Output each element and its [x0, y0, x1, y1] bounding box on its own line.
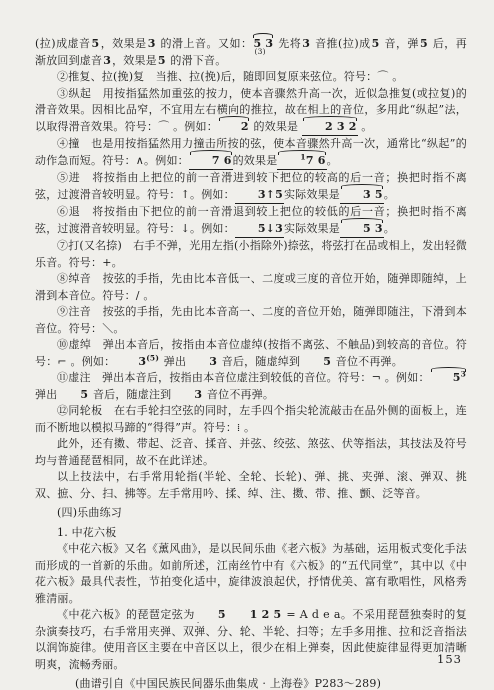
jianpu-notation: 5	[300, 354, 332, 371]
jianpu-notation: 5	[157, 53, 167, 70]
jianpu-notation: 3	[301, 36, 311, 53]
jianpu-notation: 3↑5	[235, 187, 284, 205]
paragraph: ⑥退 将按指由下把位的前一音滑退到较上把位的较低的后一音；换把时指不离弦，过渡滑…	[35, 204, 467, 238]
page-number: 153	[437, 652, 462, 666]
paragraph: (四)乐曲练习	[35, 505, 467, 522]
jianpu-notation: 5 3	[340, 221, 384, 239]
jianpu-notation: 5	[57, 387, 89, 404]
jianpu-notation: 1 2 5	[227, 607, 283, 624]
paragraph: 此外，还有擞、带起、泛音、揉音、并弦、绞弦、煞弦、伏等指法，其技法及符号均与普通…	[35, 436, 467, 469]
jianpu-notation: 17 6	[277, 153, 326, 171]
paragraph: ⑤进 将按指由上把位的前一音滑进到较下把位的较高的后一音；换把时指不离弦，过渡滑…	[35, 170, 467, 204]
jianpu-notation: 5	[371, 36, 381, 53]
paragraph: (拉)成虚音5，效果是3 的滑上音。又如：5 3(3) 先将3 音推(拉)成5 …	[35, 36, 467, 69]
jianpu-notation: 5↓3	[235, 221, 284, 239]
paragraph: ⑧绰音 按弦的手指，先由比本音低一、二度或三度的音位开始，随弹即随绰，上滑到本音…	[35, 271, 467, 304]
jianpu-notation: 3(5)	[115, 354, 160, 371]
jianpu-notation: 5	[91, 36, 101, 53]
jianpu-notation: 5·	[195, 607, 227, 624]
paragraph: ⑪虚注 弹出本音后，按指由本音位虚注到较低的音位。符号：¬ 。例如：53 弹出5…	[35, 370, 467, 403]
jianpu-notation: 3	[171, 387, 203, 404]
jianpu-notation: 3	[147, 36, 157, 53]
paragraph: 以上技法中，右手常用轮指(半轮、全轮、长轮)、弹、挑、夹弹、滚、弹双、挑双、摭、…	[35, 469, 467, 502]
jianpu-notation: 7 6	[189, 153, 233, 171]
jianpu-notation: 2	[218, 119, 250, 136]
jianpu-notation: 53	[430, 370, 467, 387]
jianpu-notation: 3	[102, 53, 112, 70]
paragraph: 1. 中花六板	[35, 525, 467, 542]
jianpu-notation: 3 5	[340, 187, 384, 205]
paragraph: ⑦打(又名捺) 右手不弹，光用左指(小指除外)捺弦，将弦打在品或相上，发出轻微乐…	[35, 238, 467, 271]
notation-superscript: 3	[461, 369, 466, 378]
paragraph: 《中花六板》又名《薰风曲》，是以民间乐曲《老六板》为基础，运用板式变化手法而形成…	[35, 541, 467, 607]
paragraph: ⑩虚绰 弹出本音后，按指由本音位虚绰(按指不离弦、不触品)到较高的音位。符号：⌐…	[35, 337, 467, 370]
notation-subscript: ·	[197, 618, 229, 627]
book-page: (拉)成虚音5，效果是3 的滑上音。又如：5 3(3) 先将3 音推(拉)成5 …	[0, 0, 494, 690]
paragraph: ④撞 也是用按指猛然用力撞击所按的弦，使本音骤然升高一次，通常比“纵起”的动作急…	[35, 136, 467, 170]
jianpu-notation: 5 3(3)	[252, 36, 274, 53]
notation-superscript: 1	[300, 152, 305, 161]
jianpu-notation: 2 3 2	[302, 119, 358, 137]
paragraph: (曲谱引自《中国民族民间器乐曲集成 · 上海卷》P283～289)	[35, 676, 467, 690]
paragraph: 《中花六板》的琵琶定弦为5·1 2 5 = A d e a。不采用琵琶独奏时的复…	[35, 607, 467, 673]
paragraph: ⑨注音 按弦的手指，先由比本音高一、二度的音位开始，随弹即随注，下滑到本音位。符…	[35, 304, 467, 337]
notation-superscript: (5)	[146, 353, 159, 362]
text-body: (拉)成虚音5，效果是3 的滑上音。又如：5 3(3) 先将3 音推(拉)成5 …	[35, 36, 467, 690]
paragraph: ⑫同轮板 在右手轮扫空弦的同时，左手四个指尖轮流敲击在品外侧的面板上，连而不断地…	[35, 403, 467, 436]
jianpu-notation: 5	[419, 36, 429, 53]
paragraph: ③纵起 用按指猛然加重弦的按力，使本音骤然升高一次，近似急推复(或拉复)的滑音效…	[35, 86, 467, 137]
jianpu-notation: 3	[186, 354, 218, 371]
notation-subscript: (3)	[254, 47, 276, 56]
paragraph: ②推复、拉(挽)复 当推、拉(挽)后，随即回复原来弦位。符号：⌒ 。	[35, 69, 467, 86]
